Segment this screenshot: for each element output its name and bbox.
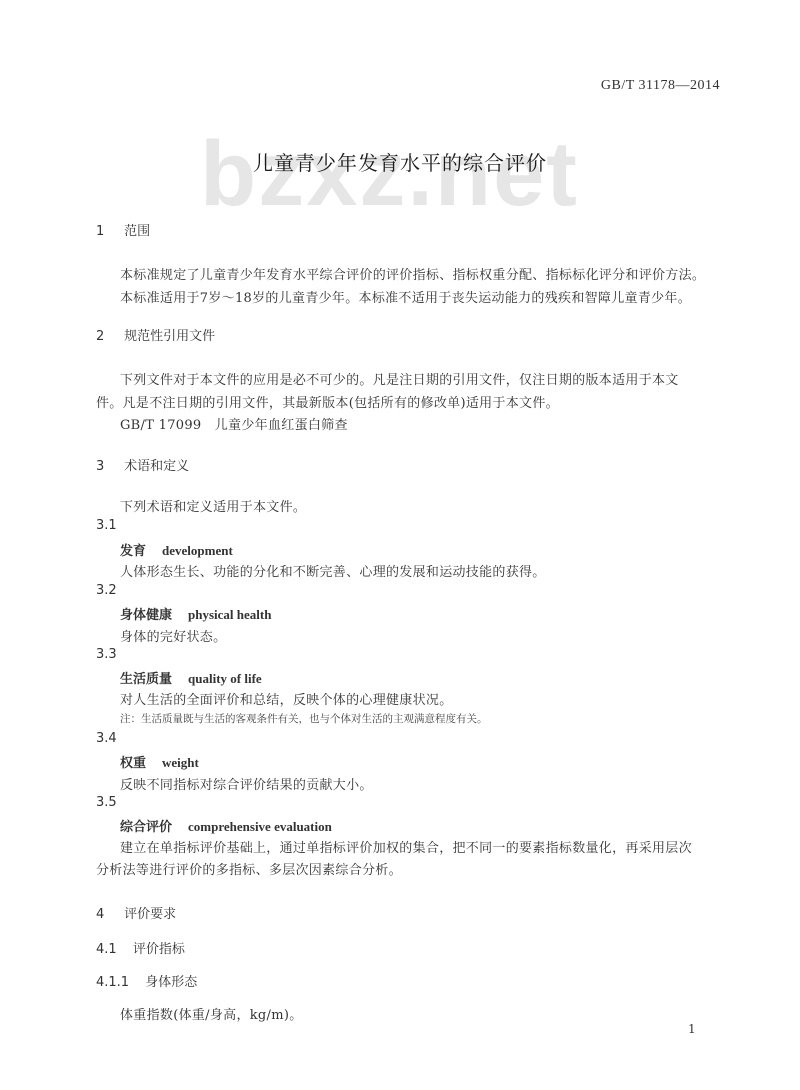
term-en: comprehensive evaluation xyxy=(188,819,332,834)
section-1-heading: 1 范围 xyxy=(96,220,150,239)
term-definition-line-2: 分析法等进行评价的多指标、多层次因素综合分析。 xyxy=(96,859,402,878)
term-en: quality of life xyxy=(188,671,262,686)
section-title: 规范性引用文件 xyxy=(124,329,215,344)
term-en: weight xyxy=(162,755,199,770)
term-zh: 权重 xyxy=(120,756,146,771)
term-note: 注：生活质量既与生活的客观条件有关，也与个体对生活的主观满意程度有关。 xyxy=(120,711,488,726)
section-number: 2 xyxy=(96,329,120,344)
term-3-4: 权重weight xyxy=(120,752,199,771)
terms-intro: 下列术语和定义适用于本文件。 xyxy=(120,496,306,515)
normative-reference-item: GB/T 17099 儿童少年血红蛋白筛查 xyxy=(120,414,348,433)
term-number: 3.5 xyxy=(96,795,117,810)
term-number: 3.4 xyxy=(96,731,117,746)
section-number: 3 xyxy=(96,459,120,474)
subsection-4-1-1-heading: 4.1.1 身体形态 xyxy=(96,971,197,990)
document-page: GB/T 31178—2014 bzxz.net 儿童青少年发育水平的综合评价 … xyxy=(0,0,800,1090)
section-number: 4 xyxy=(96,907,120,922)
subsection-title: 评价指标 xyxy=(133,942,185,957)
term-number: 3.1 xyxy=(96,518,117,533)
section-2-heading: 2 规范性引用文件 xyxy=(96,325,215,344)
term-zh: 发育 xyxy=(120,544,146,559)
section-3-heading: 3 术语和定义 xyxy=(96,455,189,474)
term-3-2: 身体健康physical health xyxy=(120,604,271,623)
term-definition-line-1: 建立在单指标评价基础上，通过单指标评价加权的集合，把不同一的要素指标数量化，再采… xyxy=(120,837,692,856)
subsection-number: 4.1 xyxy=(96,942,117,957)
normative-ref-paragraph-line-1: 下列文件对于本文件的应用是必不可少的。凡是注日期的引用文件，仅注日期的版本适用于… xyxy=(120,369,679,388)
document-title: 儿童青少年发育水平的综合评价 xyxy=(0,147,800,176)
scope-paragraph-1: 本标准规定了儿童青少年发育水平综合评价的评价指标、指标权重分配、指标标化评分和评… xyxy=(120,264,705,283)
subsection-4-1-heading: 4.1 评价指标 xyxy=(96,938,185,957)
term-definition: 身体的完好状态。 xyxy=(120,626,226,645)
section-title: 范围 xyxy=(124,224,150,239)
term-zh: 综合评价 xyxy=(120,820,172,835)
term-number: 3.2 xyxy=(96,583,117,598)
term-definition: 对人生活的全面评价和总结，反映个体的心理健康状况。 xyxy=(120,689,453,708)
page-number: 1 xyxy=(688,1022,696,1036)
term-en: physical health xyxy=(188,607,271,622)
subsection-title: 身体形态 xyxy=(145,975,197,990)
term-definition: 人体形态生长、功能的分化和不断完善、心理的发展和运动技能的获得。 xyxy=(120,561,546,580)
term-definition: 反映不同指标对综合评价结果的贡献大小。 xyxy=(120,774,373,793)
section-4-heading: 4 评价要求 xyxy=(96,903,176,922)
normative-ref-paragraph-line-2: 件。凡是不注日期的引用文件，其最新版本(包括所有的修改单)适用于本文件。 xyxy=(96,392,559,411)
indicator-paragraph: 体重指数(体重/身高，kg/m)。 xyxy=(120,1004,303,1023)
section-title: 评价要求 xyxy=(124,907,176,922)
term-3-5: 综合评价comprehensive evaluation xyxy=(120,816,332,835)
scope-paragraph-2: 本标准适用于7岁～18岁的儿童青少年。本标准不适用于丧失运动能力的残疾和智障儿童… xyxy=(120,287,691,306)
subsection-number: 4.1.1 xyxy=(96,975,129,990)
standard-code: GB/T 31178—2014 xyxy=(601,78,720,94)
term-3-3: 生活质量quality of life xyxy=(120,668,262,687)
term-en: development xyxy=(162,543,233,558)
term-zh: 身体健康 xyxy=(120,608,172,623)
section-title: 术语和定义 xyxy=(124,459,189,474)
term-3-1: 发育development xyxy=(120,540,233,559)
term-number: 3.3 xyxy=(96,647,117,662)
section-number: 1 xyxy=(96,224,120,239)
term-zh: 生活质量 xyxy=(120,672,172,687)
